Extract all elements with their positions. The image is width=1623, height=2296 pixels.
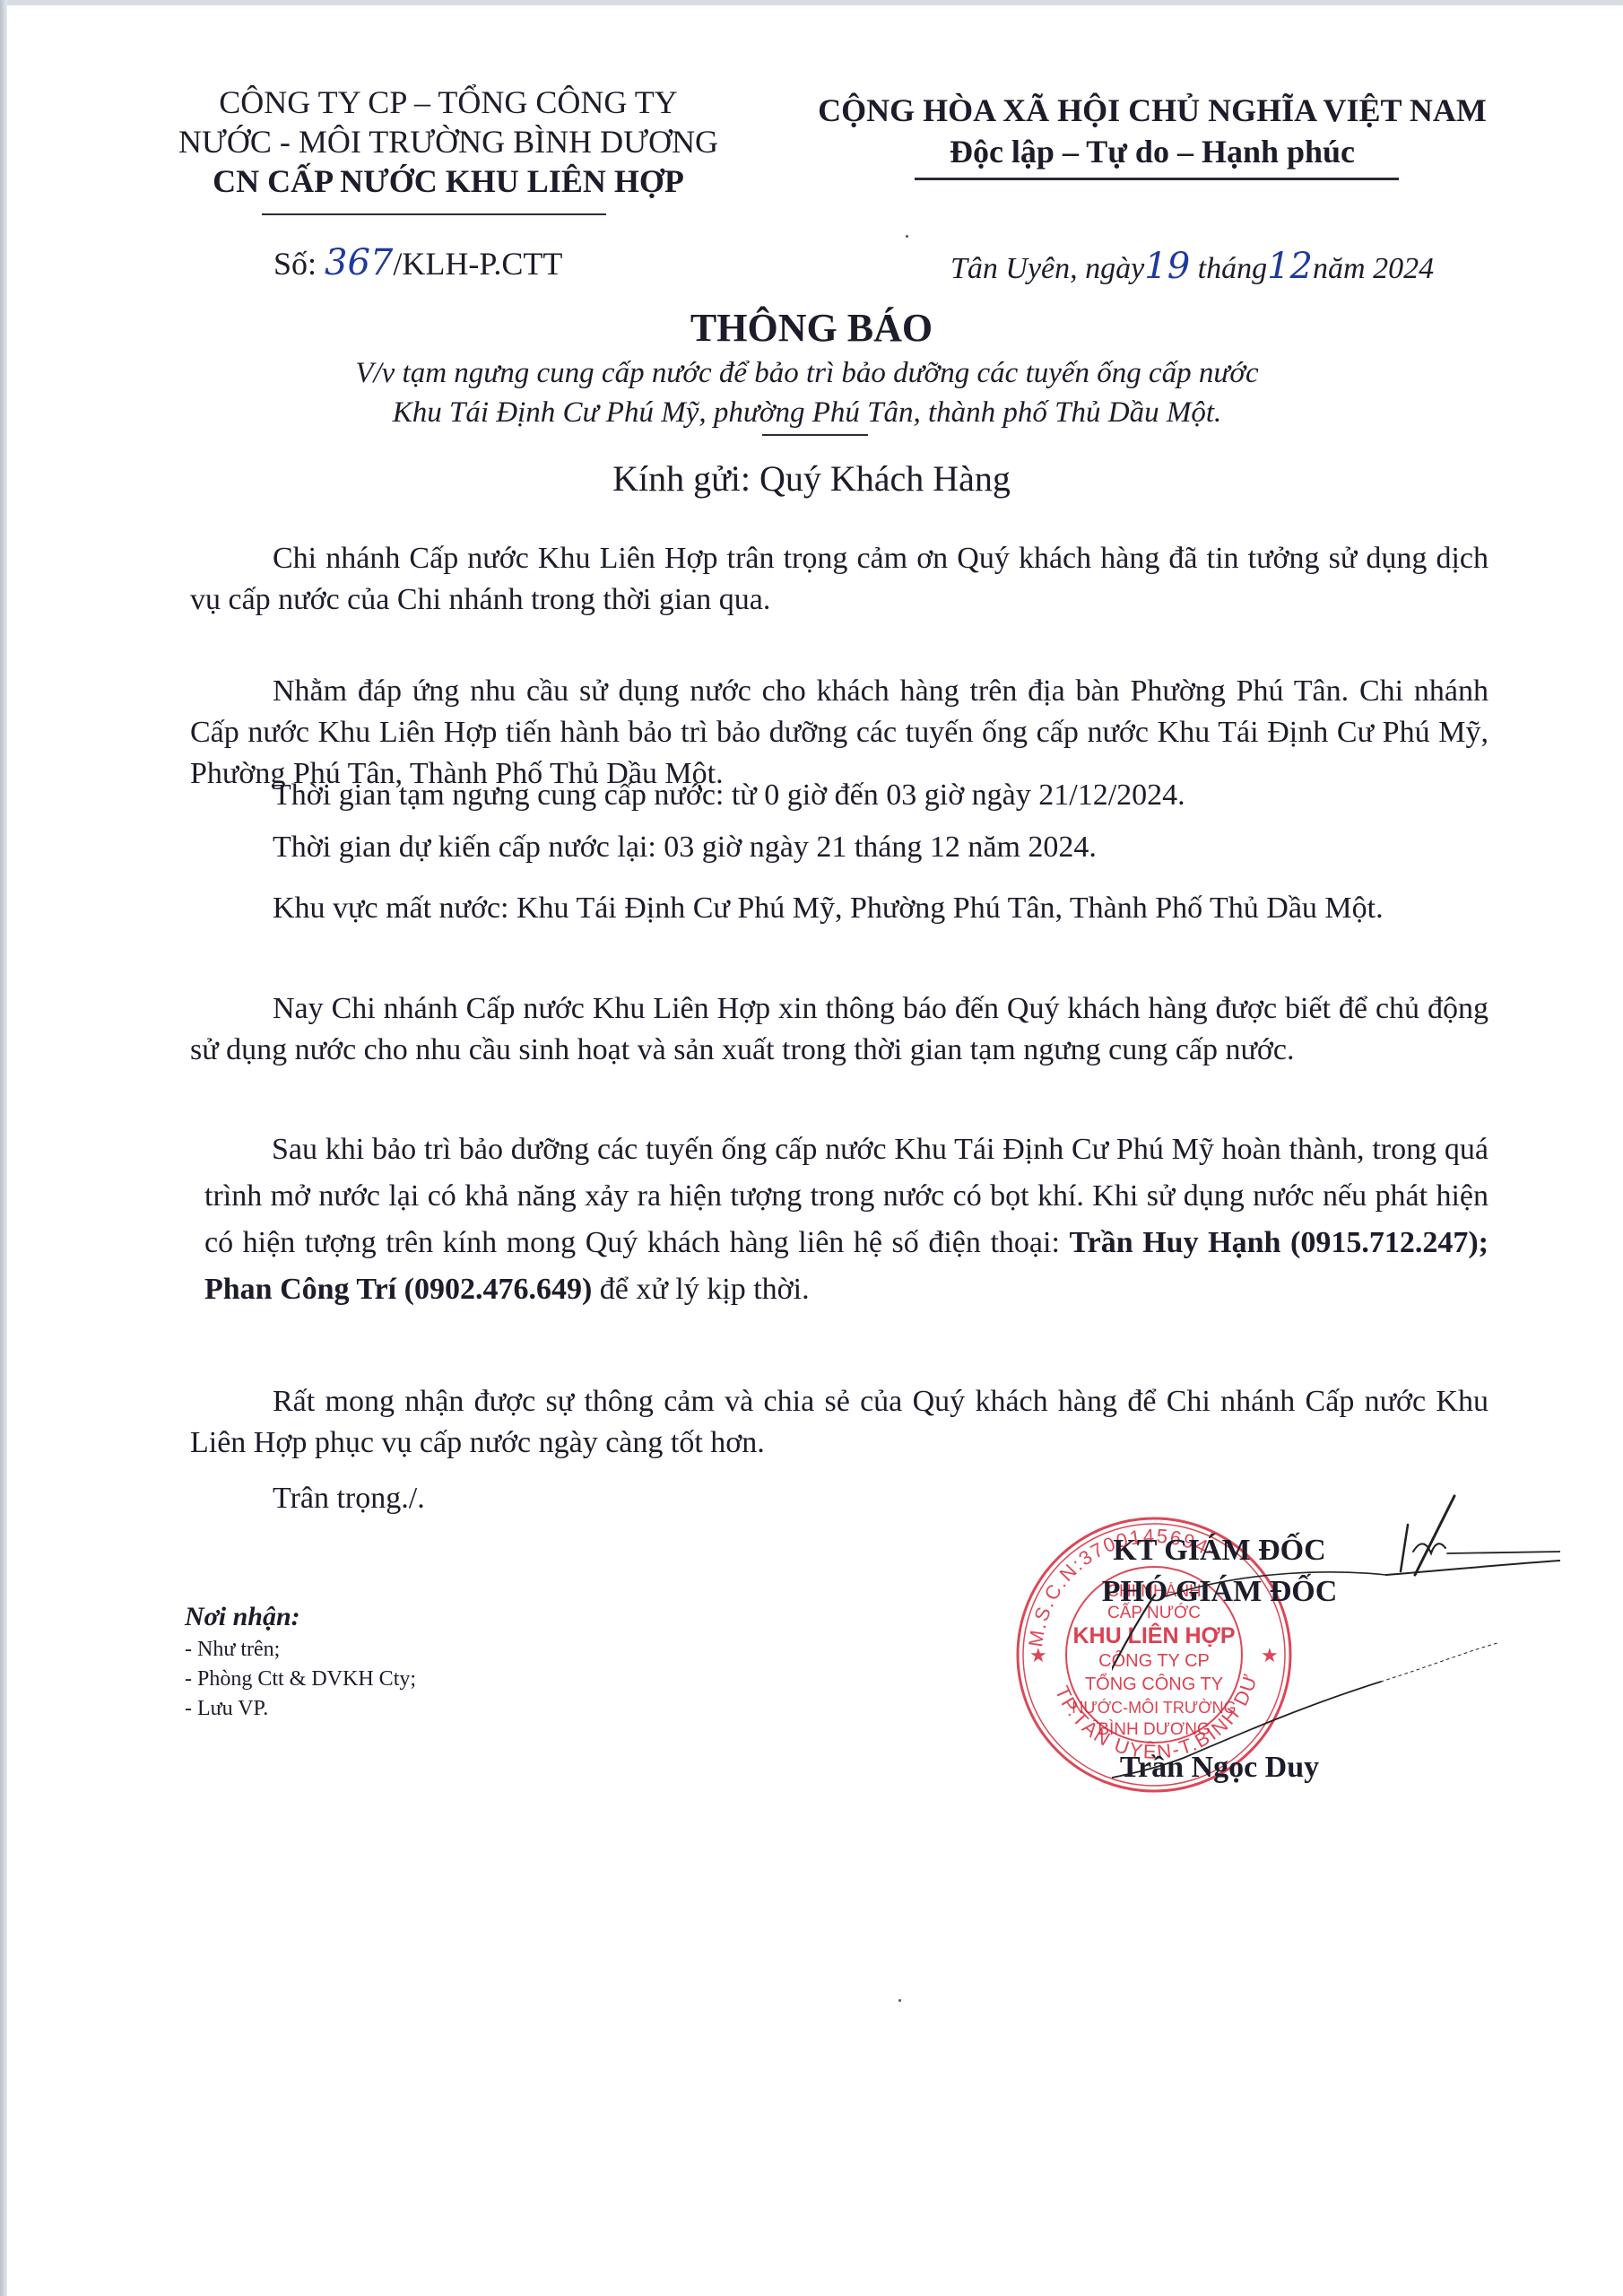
reference-prefix: Số: (273, 246, 325, 282)
paragraph-thanks: Chi nhánh Cấp nước Khu Liên Hợp trân trọ… (190, 538, 1488, 621)
greeting: Kính gửi: Quý Khách Hàng (0, 457, 1623, 500)
paragraph-text: Nay Chi nhánh Cấp nước Khu Liên Hợp xin … (190, 988, 1488, 1071)
national-header: CỘNG HÒA XÃ HỘI CHỦ NGHĨA VIỆT NAM Độc l… (803, 90, 1502, 172)
motto-underline (915, 178, 1399, 180)
recipients-heading: Nơi nhận: (185, 1602, 416, 1631)
issuer-header: CÔNG TY CP – TỔNG CÔNG TY NƯỚC - MÔI TRƯ… (170, 83, 726, 201)
paragraph-text: Khu vực mất nước: Khu Tái Định Cư Phú Mỹ… (190, 888, 1488, 929)
document-date: Tân Uyên, ngày19 tháng12năm 2024 (950, 246, 1434, 287)
subject-line-1: V/v tạm ngưng cung cấp nước để bảo trì b… (269, 353, 1345, 393)
recipient-item: - Lưu VP. (185, 1694, 416, 1724)
star-icon: ★ (1029, 1644, 1047, 1666)
paragraph-closing: Rất mong nhận được sự thông cảm và chia … (190, 1381, 1488, 1464)
date-month-label: tháng (1198, 252, 1267, 285)
issuer-line-2: NƯỚC - MÔI TRƯỜNG BÌNH DƯƠNG (170, 122, 726, 161)
paragraph-text: Thời gian tạm ngưng cung cấp nước: từ 0 … (190, 775, 1488, 816)
paragraph-affected-area: Khu vực mất nước: Khu Tái Định Cư Phú Mỹ… (190, 888, 1488, 929)
reference-number-handwritten: 367 (325, 242, 393, 283)
date-day-handwritten: 19 (1144, 246, 1190, 287)
scan-speck (898, 1999, 901, 2002)
reference-suffix: /KLH-P.CTT (393, 246, 562, 282)
recipients-list: Nơi nhận: - Như trên; - Phòng Ctt & DVKH… (185, 1602, 416, 1724)
document-subject: V/v tạm ngưng cung cấp nước để bảo trì b… (269, 353, 1345, 432)
recipient-item: - Phòng Ctt & DVKH Cty; (185, 1665, 416, 1694)
date-month-handwritten: 12 (1267, 246, 1313, 287)
scan-speck (906, 235, 908, 238)
paragraph-outage-time: Thời gian tạm ngưng cung cấp nước: từ 0 … (190, 775, 1488, 816)
paragraph-notice: Nay Chi nhánh Cấp nước Khu Liên Hợp xin … (190, 988, 1488, 1071)
paragraph-text: Chi nhánh Cấp nước Khu Liên Hợp trân trọ… (190, 538, 1488, 621)
paragraph-text: Sau khi bảo trì bảo dưỡng các tuyến ống … (190, 1126, 1488, 1313)
handwritten-signature (1112, 1489, 1560, 1812)
date-place: Tân Uyên, ngày (950, 252, 1144, 285)
paragraph-contact: Sau khi bảo trì bảo dưỡng các tuyến ống … (190, 1126, 1488, 1313)
document-title: THÔNG BÁO (0, 305, 1623, 351)
document-reference: Số: 367/KLH-P.CTT (273, 242, 562, 283)
national-title: CỘNG HÒA XÃ HỘI CHỦ NGHĨA VIỆT NAM (803, 90, 1502, 131)
issuer-line-3: CN CẤP NƯỚC KHU LIÊN HỢP (170, 161, 726, 201)
issuer-line-1: CÔNG TY CP – TỔNG CÔNG TY (170, 83, 726, 122)
date-year: năm 2024 (1313, 252, 1434, 285)
paragraph-text: Rất mong nhận được sự thông cảm và chia … (190, 1381, 1488, 1464)
national-motto: Độc lập – Tự do – Hạnh phúc (803, 131, 1502, 172)
recipient-item: - Như trên; (185, 1635, 416, 1665)
scan-edge-top (0, 0, 1623, 5)
paragraph-restore-time: Thời gian dự kiến cấp nước lại: 03 giờ n… (190, 827, 1488, 868)
subject-line-2: Khu Tái Định Cư Phú Mỹ, phường Phú Tân, … (269, 393, 1345, 432)
paragraph-text: Thời gian dự kiến cấp nước lại: 03 giờ n… (190, 827, 1488, 868)
subject-underline (762, 434, 868, 436)
issuer-underline (262, 213, 606, 215)
contact-outro: để xử lý kịp thời. (592, 1273, 809, 1306)
